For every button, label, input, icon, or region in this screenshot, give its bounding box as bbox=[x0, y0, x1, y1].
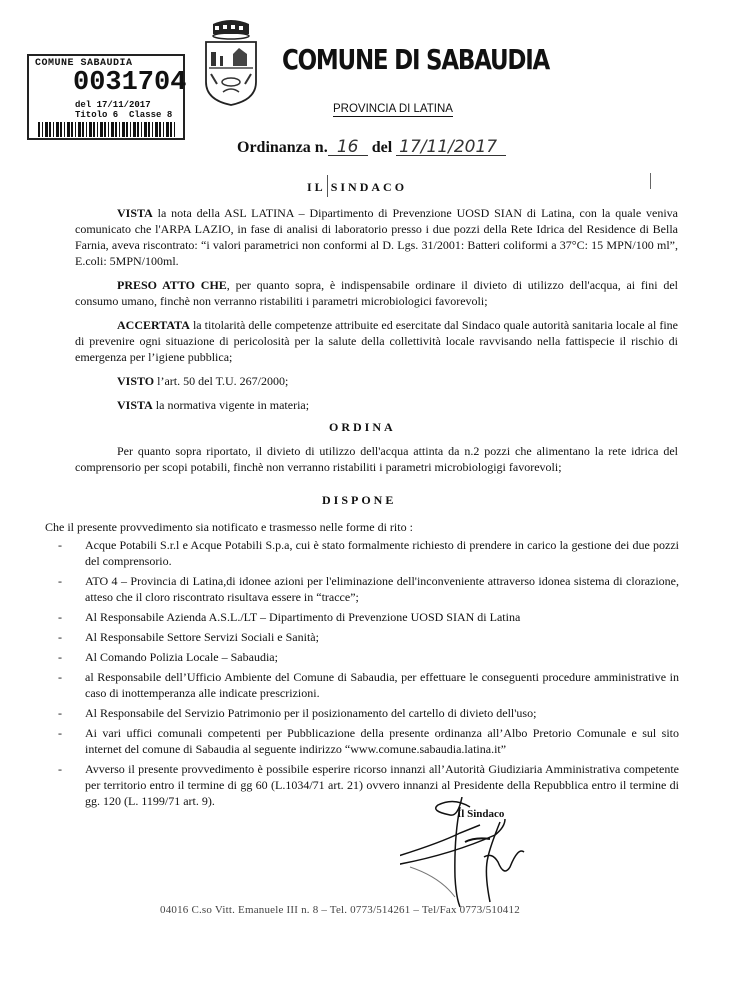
list-item-text: Acque Potabili S.r.l e Acque Potabili S.… bbox=[85, 538, 679, 568]
list-item: -Al Responsabile del Servizio Patrimonio… bbox=[85, 705, 679, 721]
bullet: - bbox=[58, 537, 62, 553]
protocol-date: del 17/11/2017 bbox=[75, 100, 151, 110]
footer-address: 04016 C.so Vitt. Emanuele III n. 8 – Tel… bbox=[160, 904, 520, 916]
list-item: -ATO 4 – Provincia di Latina,di idonee a… bbox=[85, 573, 679, 605]
protocol-classification: Titolo 6 Classe 8 bbox=[75, 110, 172, 120]
signature-label: Il Sindaco bbox=[457, 808, 504, 820]
dispone-intro: Che il presente provvedimento sia notifi… bbox=[45, 520, 413, 535]
recital-lead: PRESO ATTO CHE bbox=[117, 278, 227, 292]
scan-mark bbox=[650, 173, 651, 189]
bullet: - bbox=[58, 705, 62, 721]
bullet: - bbox=[58, 609, 62, 625]
recital-lead: VISTA bbox=[117, 206, 153, 220]
ordina-heading: ORDINA bbox=[329, 420, 396, 435]
recipient-list: -Acque Potabili S.r.l e Acque Potabili S… bbox=[85, 537, 679, 813]
recital-text: la normativa vigente in materia; bbox=[153, 398, 309, 412]
ordinance-del-label: del bbox=[372, 139, 392, 156]
list-item: -Al Comando Polizia Locale – Sabaudia; bbox=[85, 649, 679, 665]
recital-text: la nota della ASL LATINA – Dipartimento … bbox=[75, 206, 678, 268]
list-item: -Al Responsabile Settore Servizi Sociali… bbox=[85, 629, 679, 645]
bullet: - bbox=[58, 761, 62, 777]
recital-vista-asl: VISTA la nota della ASL LATINA – Diparti… bbox=[75, 205, 678, 269]
recital-visto: VISTO l’art. 50 del T.U. 267/2000; bbox=[75, 373, 678, 389]
list-item: -Acque Potabili S.r.l e Acque Potabili S… bbox=[85, 537, 679, 569]
scan-mark bbox=[327, 175, 328, 197]
barcode-icon bbox=[38, 122, 176, 137]
recital-preso-atto: PRESO ATTO CHE, per quanto sopra, è indi… bbox=[75, 277, 678, 309]
protocol-stamp: COMUNE SABAUDIA 0031704 del 17/11/2017 T… bbox=[27, 54, 185, 140]
recital-accertata: ACCERTATA la titolarità delle competenze… bbox=[75, 317, 678, 365]
list-item-text: Al Comando Polizia Locale – Sabaudia; bbox=[85, 650, 278, 664]
protocol-number: 0031704 bbox=[73, 68, 186, 98]
list-item-text: Al Responsabile Azienda A.S.L./LT – Dipa… bbox=[85, 610, 520, 624]
recital-lead: ACCERTATA bbox=[117, 318, 190, 332]
list-item-text: Al Responsabile Settore Servizi Sociali … bbox=[85, 630, 319, 644]
ordinance-date: 17/11/2017 bbox=[396, 139, 506, 156]
dispone-heading: DISPONE bbox=[322, 493, 396, 508]
province-subtitle: PROVINCIA DI LATINA bbox=[333, 103, 453, 117]
issuer-heading-part1: IL bbox=[307, 180, 326, 194]
recital-vista-normativa: VISTA la normativa vigente in materia; bbox=[75, 397, 678, 413]
municipal-crest-icon bbox=[203, 20, 259, 106]
list-item: -Ai vari uffici comunali competenti per … bbox=[85, 725, 679, 757]
list-item: -Al Responsabile Azienda A.S.L./LT – Dip… bbox=[85, 609, 679, 625]
municipality-title: COMUNE DI SABAUDIA bbox=[282, 43, 549, 76]
list-item-text: al Responsabile dell’Ufficio Ambiente de… bbox=[85, 670, 679, 700]
ordina-text: Per quanto sopra riportato, il divieto d… bbox=[75, 443, 678, 475]
list-item-text: ATO 4 – Provincia di Latina,di idonee az… bbox=[85, 574, 679, 604]
issuer-heading-part2: SINDACO bbox=[331, 180, 407, 194]
bullet: - bbox=[58, 573, 62, 589]
list-item-text: Al Responsabile del Servizio Patrimonio … bbox=[85, 706, 536, 720]
recital-text: l’art. 50 del T.U. 267/2000; bbox=[154, 374, 288, 388]
ordinance-label: Ordinanza n. bbox=[237, 139, 328, 156]
list-item: -Avverso il presente provvedimento è pos… bbox=[85, 761, 679, 809]
list-item: -al Responsabile dell’Ufficio Ambiente d… bbox=[85, 669, 679, 701]
ordinance-line: Ordinanza n.16 del 17/11/2017 bbox=[237, 139, 506, 157]
issuer-heading: ILSINDACO bbox=[307, 175, 407, 197]
bullet: - bbox=[58, 669, 62, 685]
recital-lead: VISTO bbox=[117, 374, 154, 388]
bullet: - bbox=[58, 629, 62, 645]
ordinance-number: 16 bbox=[328, 139, 368, 156]
bullet: - bbox=[58, 649, 62, 665]
list-item-text: Ai vari uffici comunali competenti per P… bbox=[85, 726, 679, 756]
list-item-text: Avverso il presente provvedimento è poss… bbox=[85, 762, 679, 808]
bullet: - bbox=[58, 725, 62, 741]
recital-lead: VISTA bbox=[117, 398, 153, 412]
